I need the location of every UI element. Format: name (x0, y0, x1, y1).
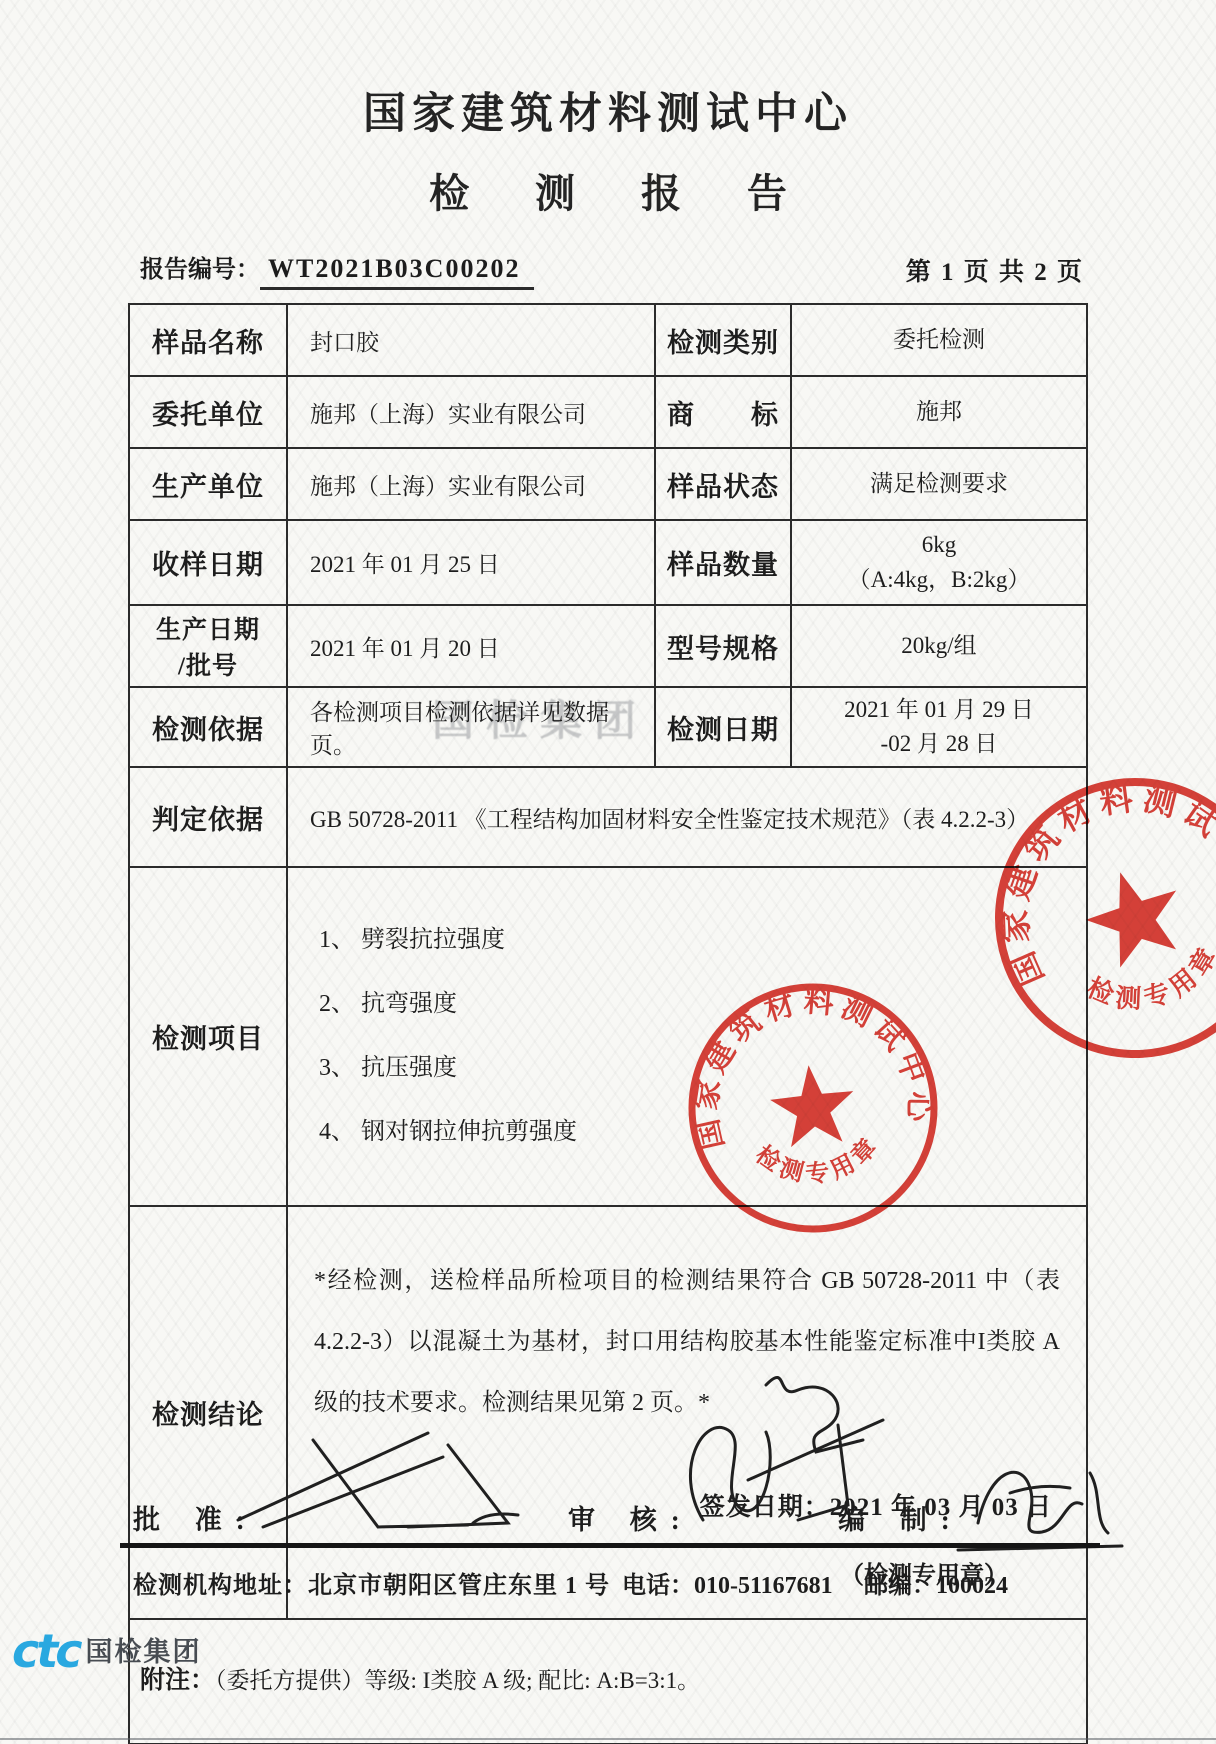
note-row: 附注：（委托方提供）等级: I类胶 A 级; 配比: A:B=3:1。 (129, 1619, 1087, 1744)
sample-qty-label: 样品数量 (655, 520, 791, 605)
report-number-value: WT2021B03C00202 (260, 254, 534, 290)
stamp-bottom-text: 检测专用章 (748, 1128, 889, 1194)
manufacturer-label: 生产单位 (129, 448, 287, 520)
model-spec-value: 20kg/组 (791, 605, 1087, 687)
issuing-center-name: 国家建筑材料测试中心 (0, 80, 1216, 141)
test-basis-label: 检测依据 (129, 687, 287, 767)
receive-date-label: 收样日期 (129, 520, 287, 605)
trademark-label: 商 标 (655, 376, 791, 448)
page-indicator: 第 1 页 共 2 页 (906, 252, 1084, 288)
test-basis-value: 各检测项目检测依据详见数据页。 (287, 687, 655, 767)
scanned-test-report-page: { "document": { "center_name": "国家建筑材料测试… (0, 0, 1216, 1744)
manufacturer-value: 施邦（上海）实业有限公司 (287, 448, 655, 520)
approve-signature (218, 1415, 568, 1545)
scan-edge-line (0, 1738, 1216, 1740)
table-row: 委托单位 施邦（上海）实业有限公司 商 标 施邦 (129, 376, 1087, 448)
note-text: （委托方提供）等级: I类胶 A 级; 配比: A:B=3:1。 (215, 1668, 700, 1693)
svg-text:检测专用章: 检测专用章 (1075, 932, 1216, 1033)
sample-name-value: 封口胶 (287, 304, 655, 376)
table-row: 收样日期 2021 年 01 月 25 日 样品数量 6kg （A:4kg，B:… (129, 520, 1087, 605)
test-date-label: 检测日期 (655, 687, 791, 767)
footer-divider (120, 1543, 1100, 1548)
stamp-star-icon (767, 1061, 858, 1149)
footer-phone: 电话：010-51167681 (622, 1565, 833, 1600)
judgment-basis-row: 判定依据 GB 50728-2011 《工程结构加固材料安全性鉴定技术规范》（表… (129, 767, 1087, 867)
test-item: 1、 劈裂抗拉强度 (319, 925, 1085, 956)
table-row: 生产日期 /批号 2021 年 01 月 20 日 型号规格 20kg/组 (129, 605, 1087, 687)
review-signature (648, 1360, 908, 1545)
trademark-value: 施邦 (791, 376, 1087, 448)
conclusion-row: 检测结论 *经检测，送检样品所检项目的检测结果符合 GB 50728-2011 … (129, 1206, 1087, 1619)
client-value: 施邦（上海）实业有限公司 (287, 376, 655, 448)
judgment-basis-label: 判定依据 (129, 767, 287, 867)
test-category-value: 委托检测 (791, 304, 1087, 376)
test-category-label: 检测类别 (655, 304, 791, 376)
svg-text:检测专用章: 检测专用章 (748, 1128, 889, 1194)
ctc-logo-name: 国检集团 (86, 1630, 202, 1674)
model-spec-label: 型号规格 (655, 605, 791, 687)
stamp-bottom-text: 检测专用章 (1075, 932, 1216, 1033)
stamp-star-icon (1075, 858, 1193, 973)
sample-state-value: 满足检测要求 (791, 448, 1087, 520)
client-label: 委托单位 (129, 376, 287, 448)
footer-postcode: 邮编：100024 (864, 1565, 1008, 1600)
ctc-logo: ctc 国检集团 (12, 1628, 202, 1674)
test-items-label: 检测项目 (129, 867, 287, 1206)
production-date-value: 2021 年 01 月 20 日 (287, 605, 655, 687)
table-row: 检测依据 各检测项目检测依据详见数据页。 检测日期 2021 年 01 月 29… (129, 687, 1087, 767)
document-title: 检 测 报 告 (0, 162, 1216, 219)
footer-address: 检测机构地址：北京市朝阳区管庄东里 1 号 (133, 1565, 610, 1600)
table-row: 生产单位 施邦（上海）实业有限公司 样品状态 满足检测要求 (129, 448, 1087, 520)
receive-date-value: 2021 年 01 月 25 日 (287, 520, 655, 605)
report-number-row: 报告编号：WT2021B03C00202 (140, 249, 534, 290)
table-row: 样品名称 封口胶 检测类别 委托检测 (129, 304, 1087, 376)
production-date-label: 生产日期 /批号 (129, 605, 287, 687)
test-date-value: 2021 年 01 月 29 日 -02 月 28 日 (791, 687, 1087, 767)
sample-name-label: 样品名称 (129, 304, 287, 376)
official-round-stamp: 国家建筑材料测试中心 检测专用章 (665, 960, 962, 1257)
sample-qty-value: 6kg （A:4kg，B:2kg） (791, 520, 1087, 605)
conclusion-label: 检测结论 (129, 1206, 287, 1619)
sample-state-label: 样品状态 (655, 448, 791, 520)
ctc-logo-letters: ctc (12, 1628, 80, 1674)
report-number-label: 报告编号： (140, 257, 260, 283)
